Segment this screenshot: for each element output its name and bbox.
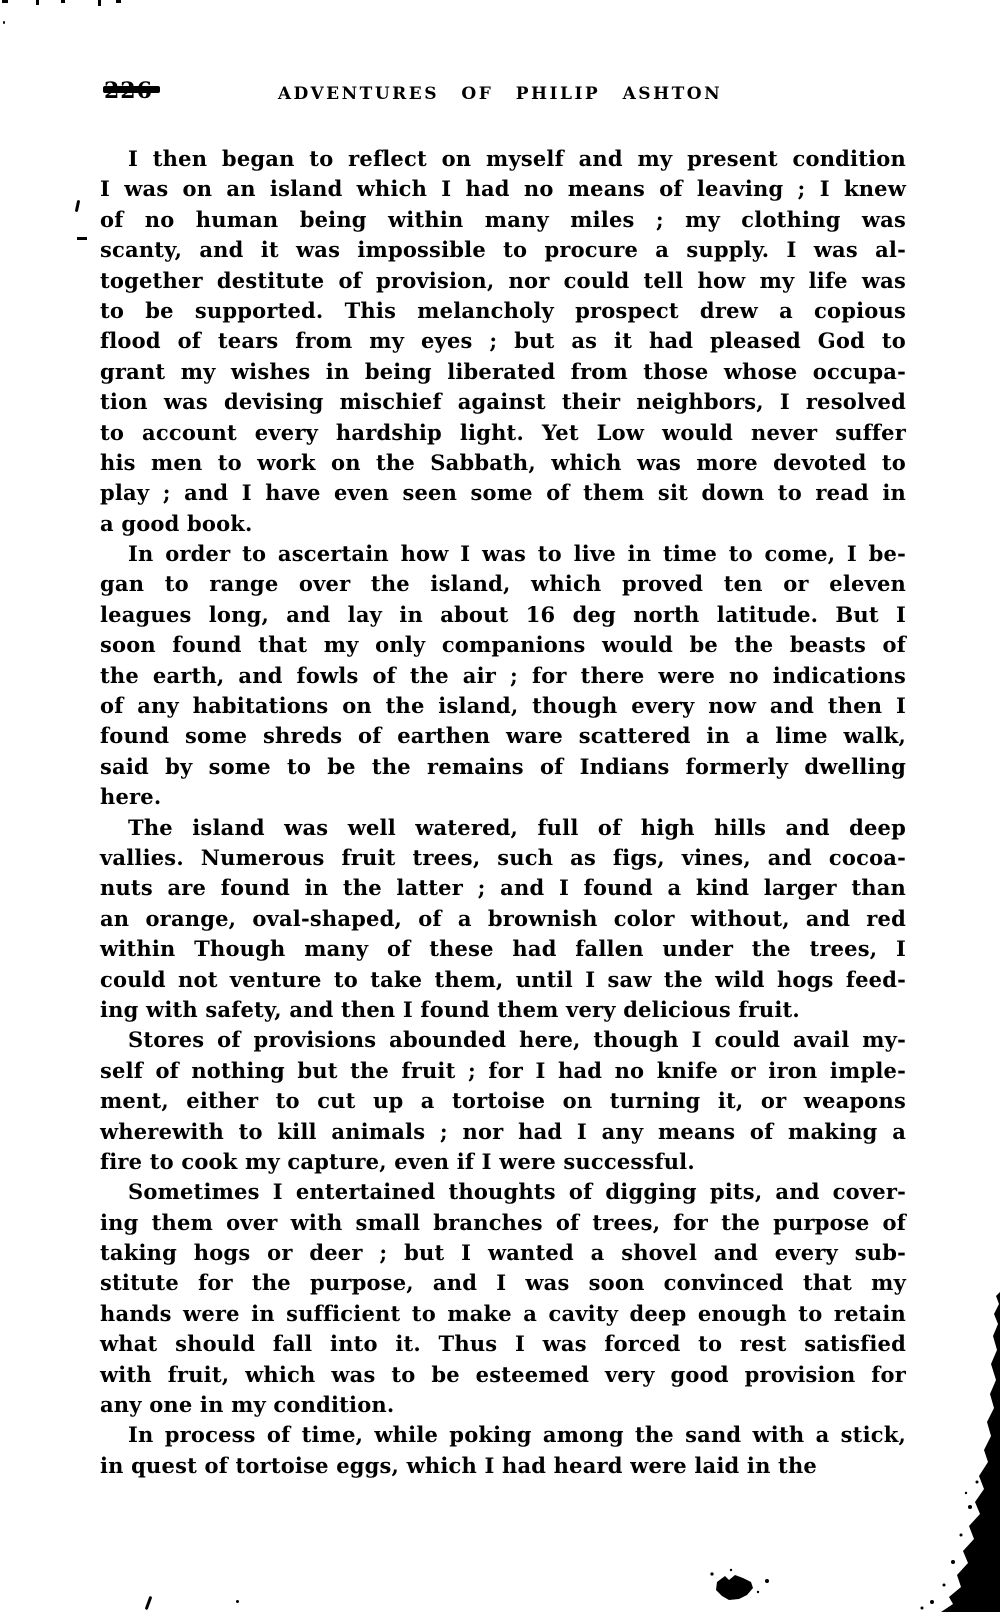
text-line: together destitute of provision, nor cou… <box>100 266 906 296</box>
text-line: hands were in sufficient to make a cavit… <box>100 1299 906 1329</box>
paragraph: I then began to reflect on myself and my… <box>100 144 906 539</box>
text-line: with fruit, which was to be esteemed ver… <box>100 1360 906 1390</box>
text-line: scanty, and it was impossible to procure… <box>100 235 906 265</box>
text-line: could not venture to take them, until I … <box>100 965 906 995</box>
text-column: I then began to reflect on myself and my… <box>100 144 906 1481</box>
ink-blot-artifact <box>695 1562 780 1607</box>
text-line: tion was devising mischief against their… <box>100 387 906 417</box>
text-line: vallies. Numerous fruit trees, such as f… <box>100 843 906 873</box>
text-line: grant my wishes in being liberated from … <box>100 357 906 387</box>
text-line: what should fall into it. Thus I was for… <box>100 1329 906 1359</box>
text-line: self of nothing but the fruit ; for I ha… <box>100 1056 906 1086</box>
text-line: ment, either to cut up a tortoise on tur… <box>100 1086 906 1116</box>
text-line: an orange, oval-shaped, of a brownish co… <box>100 904 906 934</box>
text-line: The island was well watered, full of hig… <box>100 813 906 843</box>
text-line: to account every hardship light. Yet Low… <box>100 418 906 448</box>
scan-speck-artifact <box>2 0 8 3</box>
text-line: flood of tears from my eyes ; but as it … <box>100 326 906 356</box>
text-line: leagues long, and lay in about 16 deg no… <box>100 600 906 630</box>
text-line: I was on an island which I had no means … <box>100 174 906 204</box>
text-line: said by some to be the remains of Indian… <box>100 752 906 782</box>
stray-dot-artifact <box>236 1600 239 1603</box>
scan-speck-artifact <box>98 0 101 6</box>
text-line: to be supported. This melancholy prospec… <box>100 296 906 326</box>
text-line: soon found that my only companions would… <box>100 630 906 660</box>
scan-speck-artifact <box>3 21 5 24</box>
scan-speck-artifact <box>61 0 65 3</box>
text-line: ing them over with small branches of tre… <box>100 1208 906 1238</box>
margin-dash-artifact <box>77 237 87 240</box>
text-line: found some shreds of earthen ware scatte… <box>100 721 906 751</box>
text-line: the earth, and fowls of the air ; for th… <box>100 661 906 691</box>
text-line: any one in my condition. <box>100 1390 906 1420</box>
text-line: ing with safety, and then I found them v… <box>100 995 906 1025</box>
text-line: In process of time, while poking among t… <box>100 1420 906 1450</box>
paragraph: In order to ascertain how I was to live … <box>100 539 906 813</box>
margin-tick-artifact <box>75 200 80 212</box>
text-line: In order to ascertain how I was to live … <box>100 539 906 569</box>
text-line: play ; and I have even seen some of them… <box>100 478 906 508</box>
text-line: of any habitations on the island, though… <box>100 691 906 721</box>
paragraph: Sometimes I entertained thoughts of digg… <box>100 1177 906 1420</box>
text-line: of no human being within many miles ; my… <box>100 205 906 235</box>
text-line: nuts are found in the latter ; and I fou… <box>100 873 906 903</box>
text-line: in quest of tortoise eggs, which I had h… <box>100 1451 906 1481</box>
text-line: taking hogs or deer ; but I wanted a sho… <box>100 1238 906 1268</box>
stray-stroke-artifact <box>145 1596 153 1610</box>
text-line: within Though many of these had fallen u… <box>100 934 906 964</box>
text-line: his men to work on the Sabbath, which wa… <box>100 448 906 478</box>
text-line: Sometimes I entertained thoughts of digg… <box>100 1177 906 1207</box>
text-line: here. <box>100 782 906 812</box>
paragraph: Stores of provisions abounded here, thou… <box>100 1025 906 1177</box>
text-line: I then began to reflect on myself and my… <box>100 144 906 174</box>
text-line: stitute for the purpose, and I was soon … <box>100 1268 906 1298</box>
scanned-book-page: 226 ADVENTURES OF PHILIP ASHTON I then b… <box>0 0 1000 1612</box>
text-line: wherewith to kill animals ; nor had I an… <box>100 1117 906 1147</box>
paragraph: The island was well watered, full of hig… <box>100 813 906 1026</box>
text-line: fire to cook my capture, even if I were … <box>100 1147 906 1177</box>
scan-edge-artifact <box>920 1292 1000 1612</box>
text-line: gan to range over the island, which prov… <box>100 569 906 599</box>
text-line: Stores of provisions abounded here, thou… <box>100 1025 906 1055</box>
running-head-title: ADVENTURES OF PHILIP ASHTON <box>0 84 1000 104</box>
scan-speck-artifact <box>116 0 121 3</box>
paragraph: In process of time, while poking among t… <box>100 1420 906 1481</box>
text-line: a good book. <box>100 509 906 539</box>
scan-speck-artifact <box>36 0 39 5</box>
